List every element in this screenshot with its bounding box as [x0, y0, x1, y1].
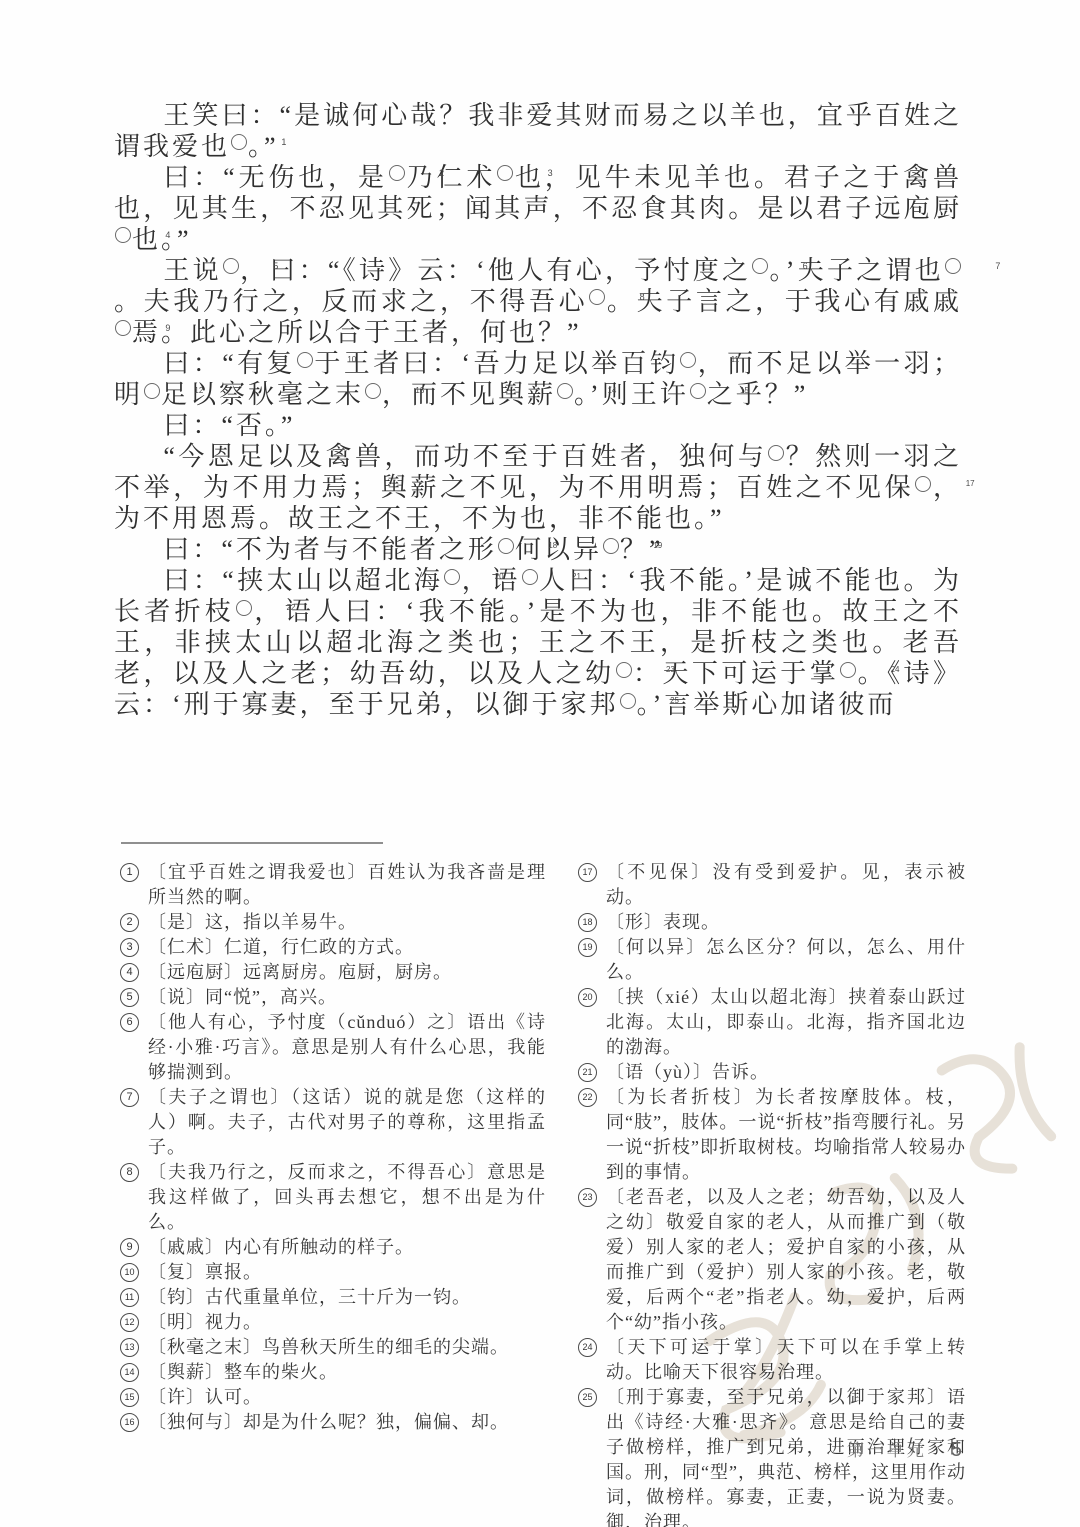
annotation-mark: 7	[945, 258, 961, 274]
footnote-text: 〔挟（xié）太山以超北海〕挟着泰山跃过北海。太山，即泰山。北海，指齐国北边的渤…	[606, 987, 966, 1057]
main-text-section: 王笑曰：“是诚何心哉？我非爱其财而易之以羊也，宜乎百姓之谓我爱也1。”曰：“无伤…	[114, 100, 962, 720]
footnote-item: 2〔是〕这，指以羊易牛。	[120, 910, 546, 935]
main-text-paragraph: 王说5，曰：“《诗》云：‘他人有心，予忖度之6。’夫子之谓也7。夫我乃行之，反而…	[114, 255, 962, 348]
footnote-item: 24〔天下可运于掌〕天下可以在手掌上转动。比喻天下很容易治理。	[578, 1335, 966, 1385]
footnote-text: 〔天下可运于掌〕天下可以在手掌上转动。比喻天下很容易治理。	[606, 1337, 966, 1382]
footnote-number-badge: 15	[120, 1388, 139, 1407]
footnote-item: 7〔夫子之谓也〕（这话）说的就是您（这样的人）啊。夫子，古代对男子的尊称，这里指…	[120, 1085, 546, 1160]
footnote-number-badge: 25	[578, 1388, 597, 1407]
unit-label: 第一单元	[847, 1441, 927, 1460]
footnote-text: 〔不见保〕没有受到爱护。见，表示被动。	[606, 862, 966, 907]
footnote-item: 16〔独何与〕却是为什么呢？独，偏偏、却。	[120, 1410, 546, 1435]
footnote-number-badge: 1	[120, 863, 139, 882]
page-footer: 第一单元5	[847, 1436, 962, 1462]
footnote-text: 〔他人有心，予忖度（cǔnduó）之〕语出《诗经·小雅·巧言》。意思是别人有什么…	[148, 1012, 546, 1082]
footnote-item: 23〔老吾老，以及人之老；幼吾幼，以及人之幼〕敬爱自家的老人，从而推广到（敬爱）…	[578, 1185, 966, 1335]
footnote-number-badge: 10	[120, 1263, 139, 1282]
main-text-paragraph: 曰：“有复10于王者曰：‘吾力足以举百钧11，而不足以举一羽；明12足以察秋毫之…	[114, 348, 962, 410]
footnote-number-badge: 11	[120, 1288, 139, 1307]
footnote-text: 〔戚戚〕内心有所触动的样子。	[148, 1237, 414, 1257]
footnote-text: 〔是〕这，指以羊易牛。	[148, 912, 357, 932]
annotation-mark: 22	[236, 600, 252, 616]
annotation-mark: 4	[115, 227, 131, 243]
main-text-paragraph: “今恩足以及禽兽，而功不至于百姓者，独何与16？然则一羽之不举，为不用力焉；舆薪…	[114, 441, 962, 534]
footnote-item: 4〔远庖厨〕远离厨房。庖厨，厨房。	[120, 960, 546, 985]
footnote-number-badge: 20	[578, 988, 597, 1007]
footnote-item: 12〔明〕视力。	[120, 1310, 546, 1335]
annotation-mark: 12	[144, 383, 160, 399]
annotation-mark: 13	[365, 383, 381, 399]
footnote-number-badge: 5	[120, 988, 139, 1007]
annotation-mark: 23	[616, 662, 632, 678]
main-text-paragraph: 王笑曰：“是诚何心哉？我非爱其财而易之以羊也，宜乎百姓之谓我爱也1。”	[114, 100, 962, 162]
main-text-paragraph: 曰：“否。”	[114, 410, 962, 441]
footnote-divider	[121, 842, 383, 844]
main-text-paragraph: 曰：“挟太山以超北海20，语21人曰：‘我不能。’是诚不能也。为长者折枝22，语…	[114, 565, 962, 720]
footnote-item: 9〔戚戚〕内心有所触动的样子。	[120, 1235, 546, 1260]
footnote-text: 〔语（yù）〕告诉。	[606, 1062, 769, 1082]
footnotes-right-column: 17〔不见保〕没有受到爱护。见，表示被动。18〔形〕表现。19〔何以异〕怎么区分…	[578, 860, 966, 1527]
footnote-item: 6〔他人有心，予忖度（cǔnduó）之〕语出《诗经·小雅·巧言》。意思是别人有什…	[120, 1010, 546, 1085]
footnote-text: 〔钧〕古代重量单位，三十斤为一钧。	[148, 1287, 471, 1307]
annotation-mark: 5	[223, 258, 239, 274]
footnote-number-badge: 4	[120, 963, 139, 982]
annotation-mark: 10	[297, 352, 313, 368]
annotation-mark: 25	[620, 693, 636, 709]
footnote-item: 17〔不见保〕没有受到爱护。见，表示被动。	[578, 860, 966, 910]
footnote-item: 14〔舆薪〕整车的柴火。	[120, 1360, 546, 1385]
footnote-number-badge: 9	[120, 1238, 139, 1257]
footnote-item: 22〔为长者折枝〕为长者按摩肢体。枝，同“肢”，肢体。一说“折枝”指弯腰行礼。另…	[578, 1085, 966, 1185]
footnote-item: 11〔钧〕古代重量单位，三十斤为一钧。	[120, 1285, 546, 1310]
footnotes-left-column: 1〔宜乎百姓之谓我爱也〕百姓认为我吝啬是理所当然的啊。2〔是〕这，指以羊易牛。3…	[120, 860, 546, 1435]
footnote-number-badge: 14	[120, 1363, 139, 1382]
footnote-number-badge: 21	[578, 1063, 597, 1082]
main-text-paragraph: 曰：“不为者与不能者之形18何以异19？”	[114, 534, 962, 565]
footnote-number-badge: 2	[120, 913, 139, 932]
footnote-item: 18〔形〕表现。	[578, 910, 966, 935]
footnote-number-badge: 17	[578, 863, 597, 882]
annotation-mark: 6	[752, 258, 768, 274]
footnote-number-badge: 12	[120, 1313, 139, 1332]
footnote-item: 13〔秋毫之末〕鸟兽秋天所生的细毛的尖端。	[120, 1335, 546, 1360]
footnote-item: 5〔说〕同“悦”，高兴。	[120, 985, 546, 1010]
footnote-text: 〔何以异〕怎么区分？何以，怎么、用什么。	[606, 937, 966, 982]
footnote-text: 〔说〕同“悦”，高兴。	[148, 987, 337, 1007]
footnote-text: 〔许〕认可。	[148, 1387, 262, 1407]
annotation-mark: 18	[498, 538, 514, 554]
annotation-mark: 8	[589, 289, 605, 305]
footnote-number-badge: 8	[120, 1163, 139, 1182]
annotation-mark: 2	[389, 165, 405, 181]
footnote-number-badge: 13	[120, 1338, 139, 1357]
annotation-mark: 21	[522, 569, 538, 585]
footnote-number-badge: 16	[120, 1413, 139, 1432]
footnote-number-badge: 6	[120, 1013, 139, 1032]
footnote-number-badge: 24	[578, 1338, 597, 1357]
textbook-page: 王笑曰：“是诚何心哉？我非爱其财而易之以羊也，宜乎百姓之谓我爱也1。”曰：“无伤…	[0, 0, 1080, 1527]
footnote-number-badge: 7	[120, 1088, 139, 1107]
footnote-number-badge: 23	[578, 1188, 597, 1207]
page-number: 5	[951, 1439, 962, 1461]
footnote-text: 〔宜乎百姓之谓我爱也〕百姓认为我吝啬是理所当然的啊。	[148, 862, 546, 907]
annotation-mark: 24	[840, 662, 856, 678]
annotation-mark: 9	[115, 320, 131, 336]
footnote-item: 19〔何以异〕怎么区分？何以，怎么、用什么。	[578, 935, 966, 985]
footnote-text: 〔为长者折枝〕为长者按摩肢体。枝，同“肢”，肢体。一说“折枝”指弯腰行礼。另一说…	[606, 1087, 966, 1182]
footnote-text: 〔复〕禀报。	[148, 1262, 262, 1282]
main-text-paragraph: 曰：“无伤也，是2乃仁术3也，见牛未见羊也。君子之于禽兽也，见其生，不忍见其死；…	[114, 162, 962, 255]
annotation-mark: 20	[444, 569, 460, 585]
footnote-item: 20〔挟（xié）太山以超北海〕挟着泰山跃过北海。太山，即泰山。北海，指齐国北边…	[578, 985, 966, 1060]
footnote-number-badge: 3	[120, 938, 139, 957]
footnote-text: 〔仁术〕仁道，行仁政的方式。	[148, 937, 414, 957]
annotation-mark: 1	[231, 134, 247, 150]
footnote-item: 10〔复〕禀报。	[120, 1260, 546, 1285]
footnote-text: 〔舆薪〕整车的柴火。	[148, 1362, 338, 1382]
footnote-item: 1〔宜乎百姓之谓我爱也〕百姓认为我吝啬是理所当然的啊。	[120, 860, 546, 910]
annotation-mark: 3	[497, 165, 513, 181]
footnote-item: 15〔许〕认可。	[120, 1385, 546, 1410]
annotation-mark: 17	[915, 476, 931, 492]
footnote-item: 3〔仁术〕仁道，行仁政的方式。	[120, 935, 546, 960]
annotation-mark: 16	[768, 445, 784, 461]
annotation-mark: 19	[603, 538, 619, 554]
footnote-text: 〔形〕表现。	[606, 912, 720, 932]
annotation-mark: 11	[680, 352, 696, 368]
footnote-text: 〔明〕视力。	[148, 1312, 262, 1332]
annotation-mark: 14	[557, 383, 573, 399]
footnote-text: 〔秋毫之末〕鸟兽秋天所生的细毛的尖端。	[148, 1337, 509, 1357]
annotation-mark: 15	[690, 383, 706, 399]
footnote-text: 〔独何与〕却是为什么呢？独，偏偏、却。	[148, 1412, 509, 1432]
footnote-text: 〔老吾老，以及人之老；幼吾幼，以及人之幼〕敬爱自家的老人，从而推广到（敬爱）别人…	[606, 1187, 966, 1332]
footnote-number-badge: 18	[578, 913, 597, 932]
footnote-number-badge: 22	[578, 1088, 597, 1107]
footnote-item: 8〔夫我乃行之，反而求之，不得吾心〕意思是我这样做了，回头再去想它，想不出是为什…	[120, 1160, 546, 1235]
footnote-text: 〔夫子之谓也〕（这话）说的就是您（这样的人）啊。夫子，古代对男子的尊称，这里指孟…	[148, 1087, 546, 1157]
footnote-text: 〔远庖厨〕远离厨房。庖厨，厨房。	[148, 962, 452, 982]
footnote-number-badge: 19	[578, 938, 597, 957]
footnote-item: 21〔语（yù）〕告诉。	[578, 1060, 966, 1085]
footnote-text: 〔夫我乃行之，反而求之，不得吾心〕意思是我这样做了，回头再去想它，想不出是为什么…	[148, 1162, 546, 1232]
